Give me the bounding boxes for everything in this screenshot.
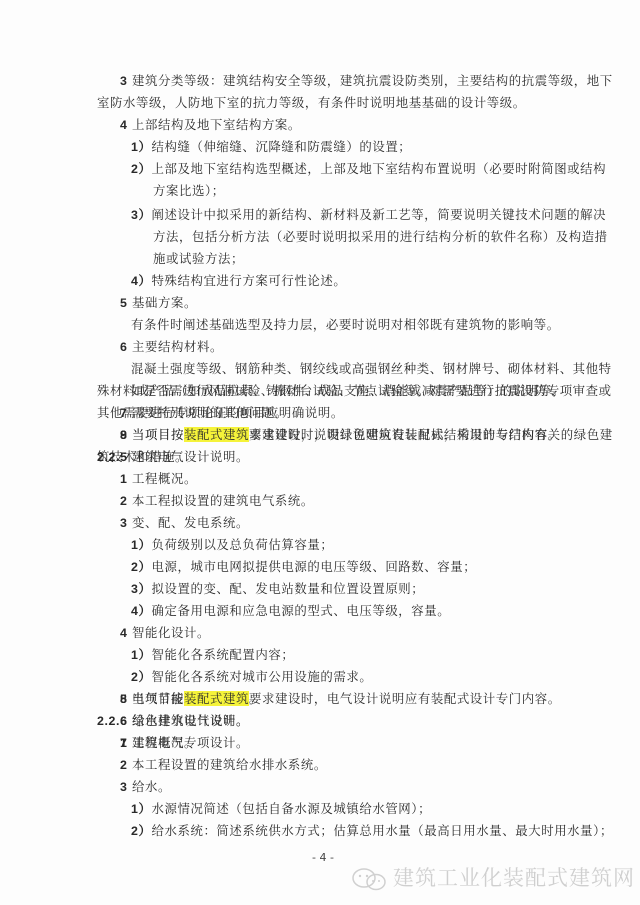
item-number: 2）: [131, 824, 151, 838]
item-text: 施或试验方法；: [153, 251, 244, 266]
item-number: 9: [120, 428, 128, 442]
item-9-line: 9 当项目按装配式建筑要求建设时，设计说明应有装配式结构设计专门内容。: [120, 427, 561, 443]
text-line: 2 本工程设置的建筑给水排水系统。: [120, 757, 327, 773]
section-title: 建筑电气设计说明。: [128, 449, 249, 464]
text-line: 如是否需进行风洞试验、振动台试验、节点试验等。对需要进行抗震设防专项审查或: [131, 383, 612, 399]
section-number: 2.2.6: [97, 714, 128, 728]
item-text: 其他需要进行专项论证的项目应明确说明。: [97, 405, 344, 420]
text-line: 4）特殊结构宜进行方案可行性论述。: [131, 273, 346, 289]
text-line: 2 本工程拟设置的建筑电气系统。: [120, 493, 314, 509]
highlighted-term: 装配式建筑: [184, 427, 249, 442]
text-line: 3 变、配、发电系统。: [120, 515, 249, 531]
item-number: 4）: [131, 274, 151, 288]
text-line: 方法，包括分析方法（必要时说明拟采用的进行结构分析的软件名称）及构造措: [153, 229, 608, 245]
text-line: 方案比选）；: [153, 183, 225, 199]
item-text: 主要结构材料。: [128, 339, 223, 354]
item-text: 如是否需进行风洞试验、振动台试验、节点试验等。对需要进行抗震设防专项审查或: [131, 383, 612, 398]
item-text: 确定备用电源和应急电源的型式、电压等级，容量。: [151, 603, 450, 618]
item-number: 4: [120, 118, 128, 132]
text-line: 5 基础方案。: [120, 295, 197, 311]
item-number: 2）: [131, 560, 151, 574]
item-text: 当项目按: [128, 427, 185, 442]
item-number: 5: [120, 296, 128, 310]
item-number: 3）: [131, 582, 151, 596]
text-line: 1）水源情况简述（包括自备水源及城镇给水管网）；: [131, 801, 431, 817]
text-line: 其他需要进行专项论证的项目应明确说明。: [97, 405, 344, 421]
watermark-text: 建筑工业化装配式建筑网: [393, 862, 635, 892]
text-line: 2）上部及地下室结构选型概述，上部及地下室结构布置说明（必要时附简图或结构: [131, 161, 606, 177]
item-number: 1）: [131, 648, 151, 662]
page-number: - 4 -: [312, 851, 334, 864]
text-line: 2）电源，城市电网拟提供电源的电压等级、回路数、容量；: [131, 559, 476, 575]
text-line: 2）智能化各系统对城市公用设施的需求。: [131, 669, 372, 685]
text-line: 混凝土强度等级、钢筋种类、钢绞线或高强钢丝种类、钢材牌号、砌体材料、其他特: [131, 361, 612, 377]
text-line: 6 主要结构材料。: [120, 339, 223, 355]
item-text: 工程概况。: [128, 735, 198, 750]
item-number: 3）: [131, 208, 151, 222]
item-text: 有条件时阐述基础选型及持力层，必要时说明对相邻既有建筑物的影响等。: [131, 317, 560, 332]
section-title: 给水排水设计说明。: [128, 713, 249, 728]
text-line: 室防水等级，人防地下室的抗力等级，有条件时说明地基基础的设计等级。: [97, 95, 526, 111]
item-number: 1）: [131, 538, 151, 552]
item-text: 水源情况简述（包括自备水源及城镇给水管网）；: [151, 801, 431, 816]
item-number: 4）: [131, 604, 151, 618]
text-line: 3 给水。: [120, 779, 171, 795]
item-number: 2: [120, 758, 128, 772]
text-line: 1 工程概况。: [120, 471, 197, 487]
text-line: 施或试验方法；: [153, 251, 244, 267]
item-text: 负荷级别以及总负荷估算容量；: [151, 537, 333, 552]
item-number: 8: [120, 692, 128, 706]
item-text: 要求建设时，设计说明应有装配式结构设计专门内容。: [249, 427, 561, 442]
item-number: 6: [120, 340, 128, 354]
wechat-logo-icon: [350, 866, 390, 892]
text-line: 2）给水系统：简述系统供水方式；估算总用水量（最高日用水量、最大时用水量）；: [131, 823, 613, 839]
elec-item-8-line: 8 当项目按装配式建筑要求建设时，电气设计说明应有装配式设计专门内容。: [120, 691, 561, 707]
item-text: 变、配、发电系统。: [128, 515, 249, 530]
item-text: 智能化各系统对城市公用设施的需求。: [151, 669, 372, 684]
item-number: 3: [120, 780, 128, 794]
item-number: 1）: [131, 140, 151, 154]
section-heading-2-2-5: 2.2.5 建筑电气设计说明。: [97, 449, 249, 465]
section-heading-2-2-6: 2.2.6 给水排水设计说明。: [97, 713, 249, 729]
item-text: 给水系统：简述系统供水方式；估算总用水量（最高日用水量、最大时用水量）；: [151, 823, 612, 838]
item-text: 阐述设计中拟采用的新结构、新材料及新工艺等，简要说明关键技术问题的解决: [151, 207, 606, 222]
text-line: 3 建筑分类等级：建筑结构安全等级，建筑抗震设防类别，主要结构的抗震等级，地下: [120, 73, 613, 89]
text-line: 3）阐述设计中拟采用的新结构、新材料及新工艺等，简要说明关键技术问题的解决: [131, 207, 606, 223]
item-text: 拟设置的变、配、发电站数量和位置设置原则；: [151, 581, 424, 596]
item-number: 1: [120, 472, 128, 486]
text-line: 1）负荷级别以及总负荷估算容量；: [131, 537, 333, 553]
item-text: 本工程设置的建筑给水排水系统。: [128, 757, 327, 772]
text-line: 3）拟设置的变、配、发电站数量和位置设置原则；: [131, 581, 424, 597]
item-text: 电源，城市电网拟提供电源的电压等级、回路数、容量；: [151, 559, 476, 574]
item-text: 智能化设计。: [128, 625, 210, 640]
text-line: 4 上部结构及地下室结构方案。: [120, 117, 301, 133]
item-text: 上部及地下室结构选型概述，上部及地下室结构布置说明（必要时附简图或结构: [151, 161, 606, 176]
item-text: 给水。: [128, 779, 172, 794]
item-text: 基础方案。: [128, 295, 198, 310]
section-number: 2.2.5: [97, 450, 128, 464]
item-number: 2）: [131, 162, 151, 176]
item-number: 2: [120, 494, 128, 508]
item-text: 室防水等级，人防地下室的抗力等级，有条件时说明地基基础的设计等级。: [97, 95, 526, 110]
item-text: 特殊结构宜进行方案可行性论述。: [151, 273, 346, 288]
item-text: 上部结构及地下室结构方案。: [128, 117, 301, 132]
item-text: 要求建设时，电气设计说明应有装配式设计专门内容。: [249, 691, 561, 706]
text-line: 有条件时阐述基础选型及持力层，必要时说明对相邻既有建筑物的影响等。: [131, 317, 560, 333]
highlighted-term: 装配式建筑: [184, 691, 249, 706]
item-number: 2）: [131, 670, 151, 684]
item-text: 混凝土强度等级、钢筋种类、钢绞线或高强钢丝种类、钢材牌号、砌体材料、其他特: [131, 361, 612, 376]
text-line: 1）结构缝（伸缩缝、沉降缝和防震缝）的设置；: [131, 139, 411, 155]
item-text: 智能化各系统配置内容；: [151, 647, 294, 662]
item-text: 本工程拟设置的建筑电气系统。: [128, 493, 314, 508]
item-number: 3: [120, 516, 128, 530]
text-line: 1 工程概况。: [120, 735, 197, 751]
item-text: 方案比选）；: [153, 183, 225, 198]
text-line: 4 智能化设计。: [120, 625, 210, 641]
item-number: 3: [120, 74, 128, 88]
item-text: 工程概况。: [128, 471, 198, 486]
item-number: 4: [120, 626, 128, 640]
item-number: 1: [120, 736, 128, 750]
item-text: 当项目按: [128, 691, 185, 706]
item-number: 1）: [131, 802, 151, 816]
text-line: 1）智能化各系统配置内容；: [131, 647, 294, 663]
item-text: 结构缝（伸缩缝、沉降缝和防震缝）的设置；: [151, 139, 411, 154]
text-line: 4）确定备用电源和应急电源的型式、电压等级，容量。: [131, 603, 450, 619]
item-text: 方法，包括分析方法（必要时说明拟采用的进行结构分析的软件名称）及构造措: [153, 229, 608, 244]
item-text: 建筑分类等级：建筑结构安全等级，建筑抗震设防类别，主要结构的抗震等级，地下: [128, 73, 613, 88]
